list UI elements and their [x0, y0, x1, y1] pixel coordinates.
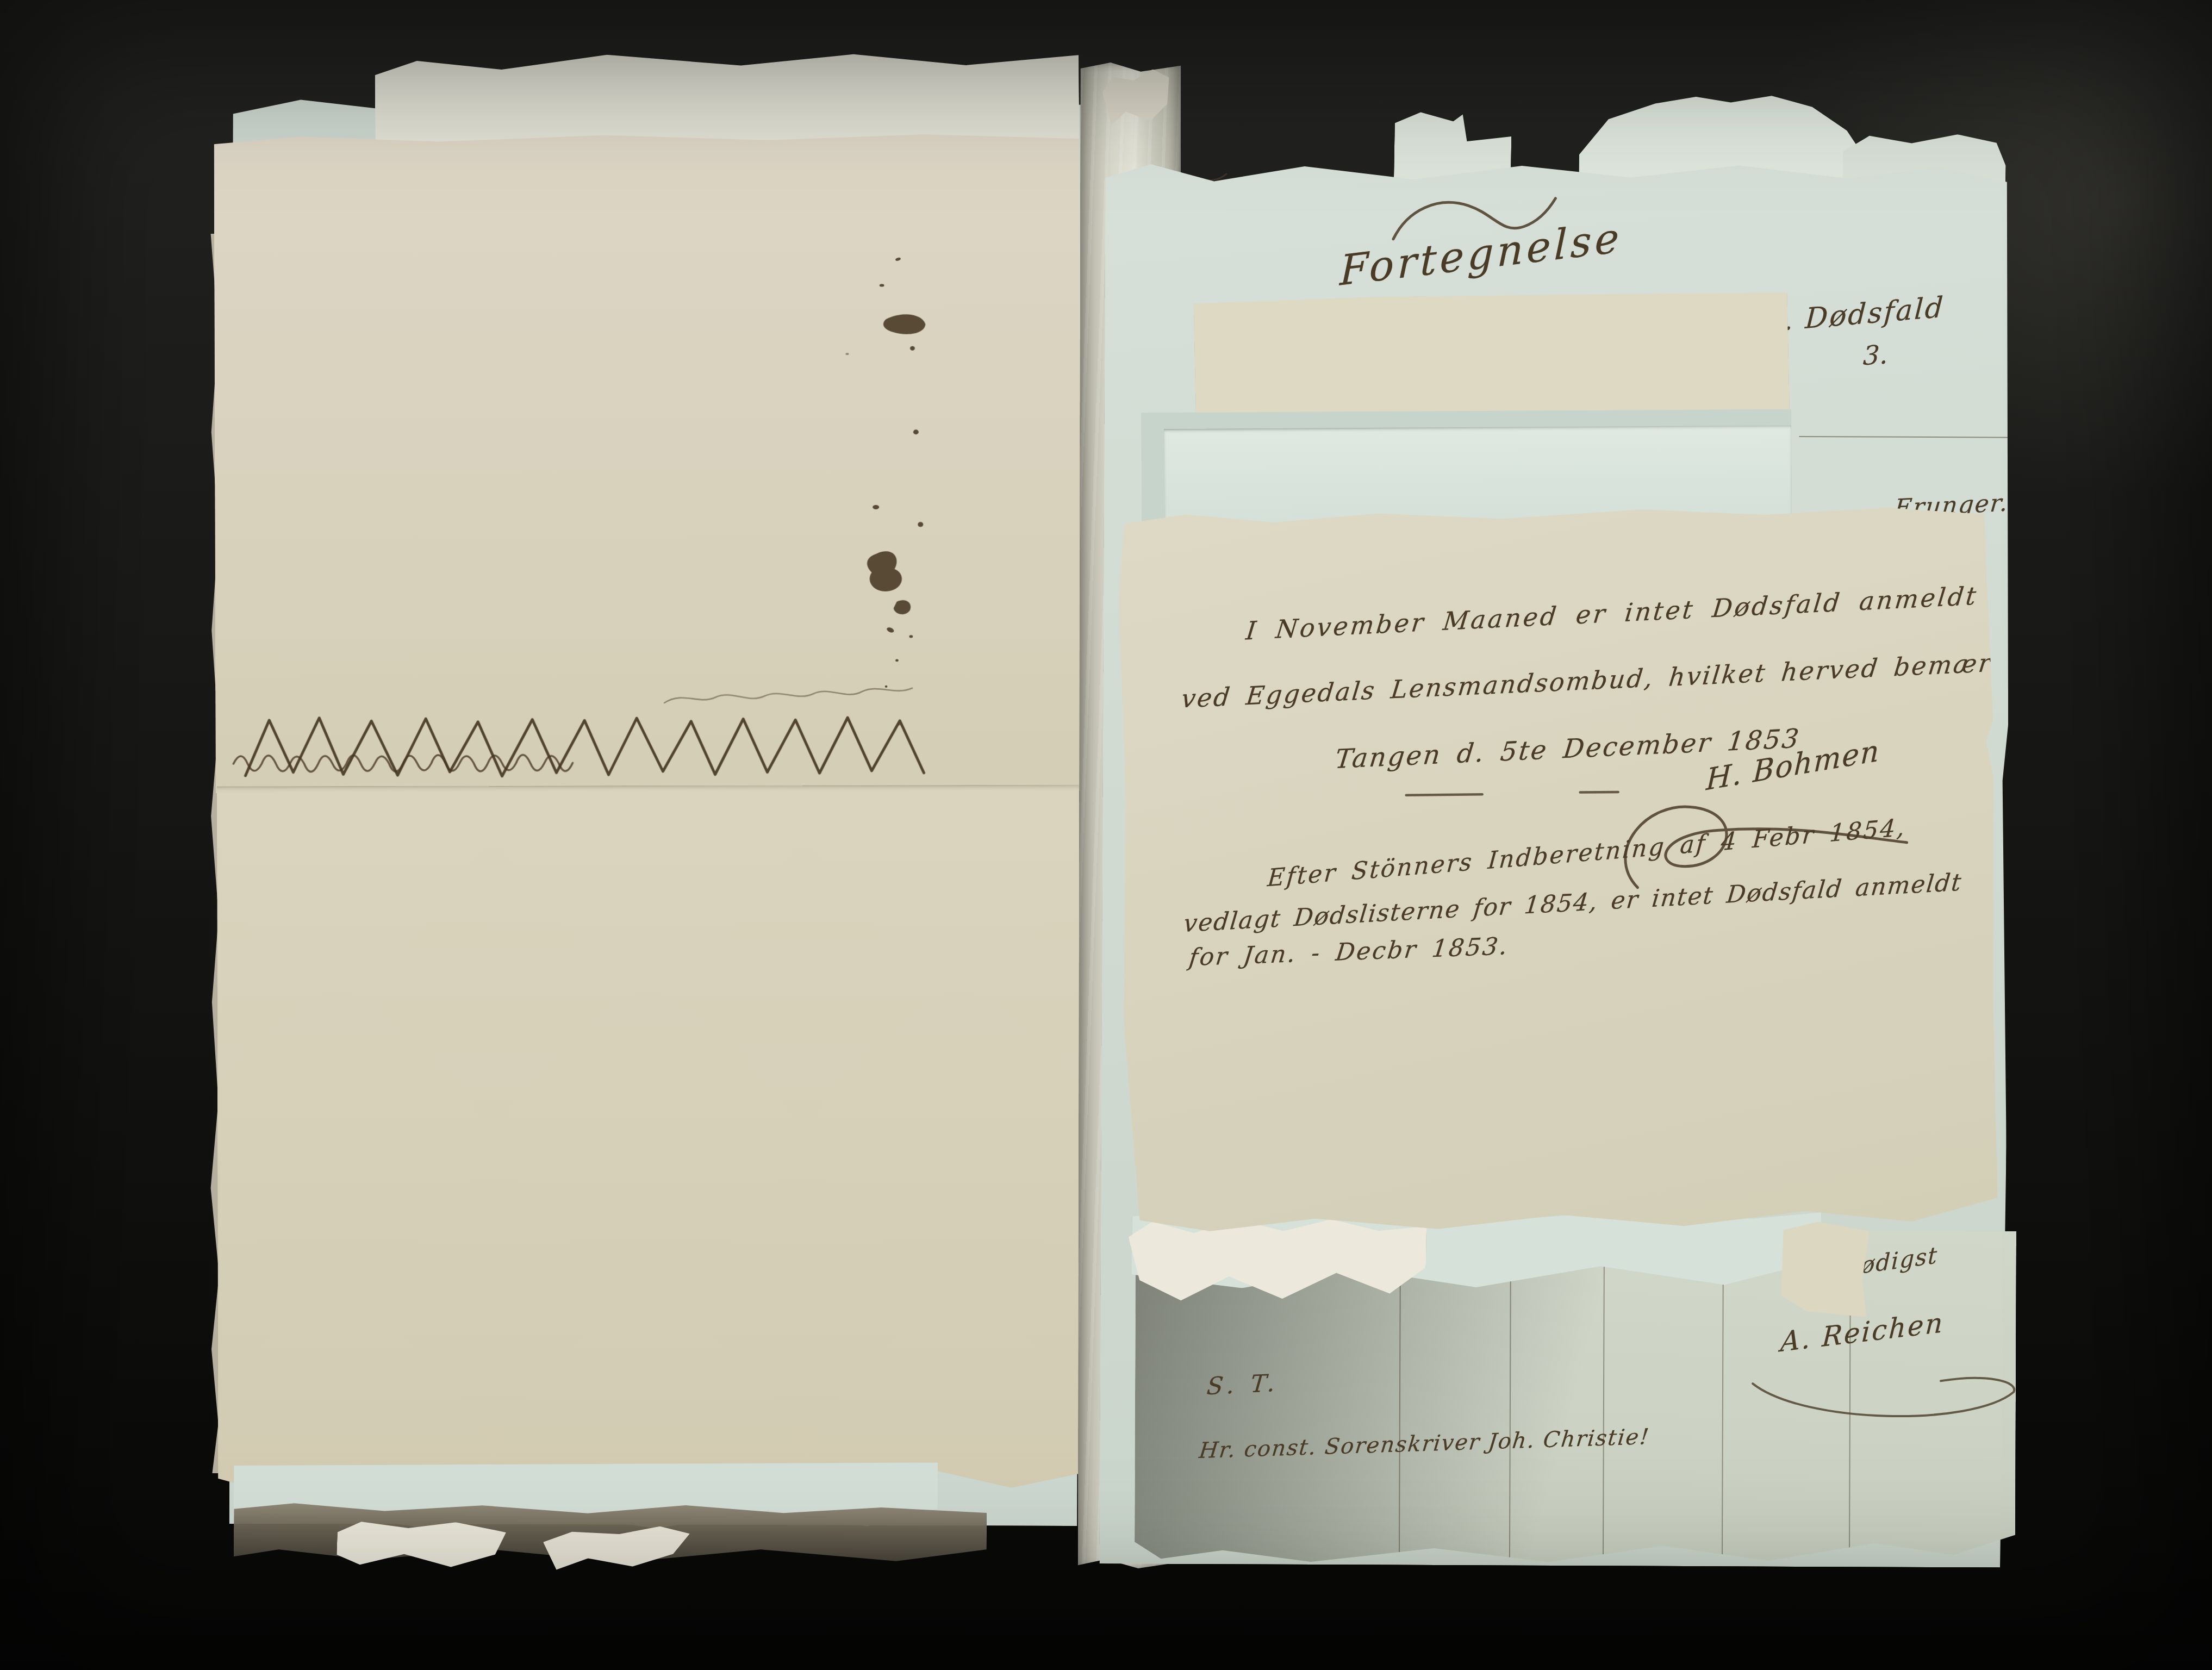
below-note-cream-scrap	[1780, 1220, 1870, 1317]
list-fragment-number: 3.	[1862, 339, 1889, 371]
note-postscript-3: for Jan. - Decbr 1853.	[1188, 932, 1511, 971]
note-line-2: ved Eggedals Lensmandsombud, hvilket her…	[1180, 645, 2051, 713]
salutation: S. T.	[1206, 1369, 1281, 1400]
note-divider-dashes	[1400, 782, 1650, 803]
list-rule-line	[1799, 436, 2012, 438]
note-line-1: I November Maaned er intet Dødsfald anme…	[1244, 581, 1980, 645]
note-sheet: I November Maaned er intet Dødsfald anme…	[1116, 502, 2000, 1235]
closing-signature-flourish	[1744, 1359, 2032, 1436]
archival-photo-stage: Fortegnelse ... Dødsfald 3. ... Erunger.…	[0, 0, 2212, 1670]
strikethrough-scribble	[229, 708, 952, 791]
left-main-page-lower	[217, 785, 1080, 1497]
list-fragment-dodsfald: ... Dødsfald	[1762, 291, 1946, 339]
left-main-page-upper	[214, 132, 1081, 793]
